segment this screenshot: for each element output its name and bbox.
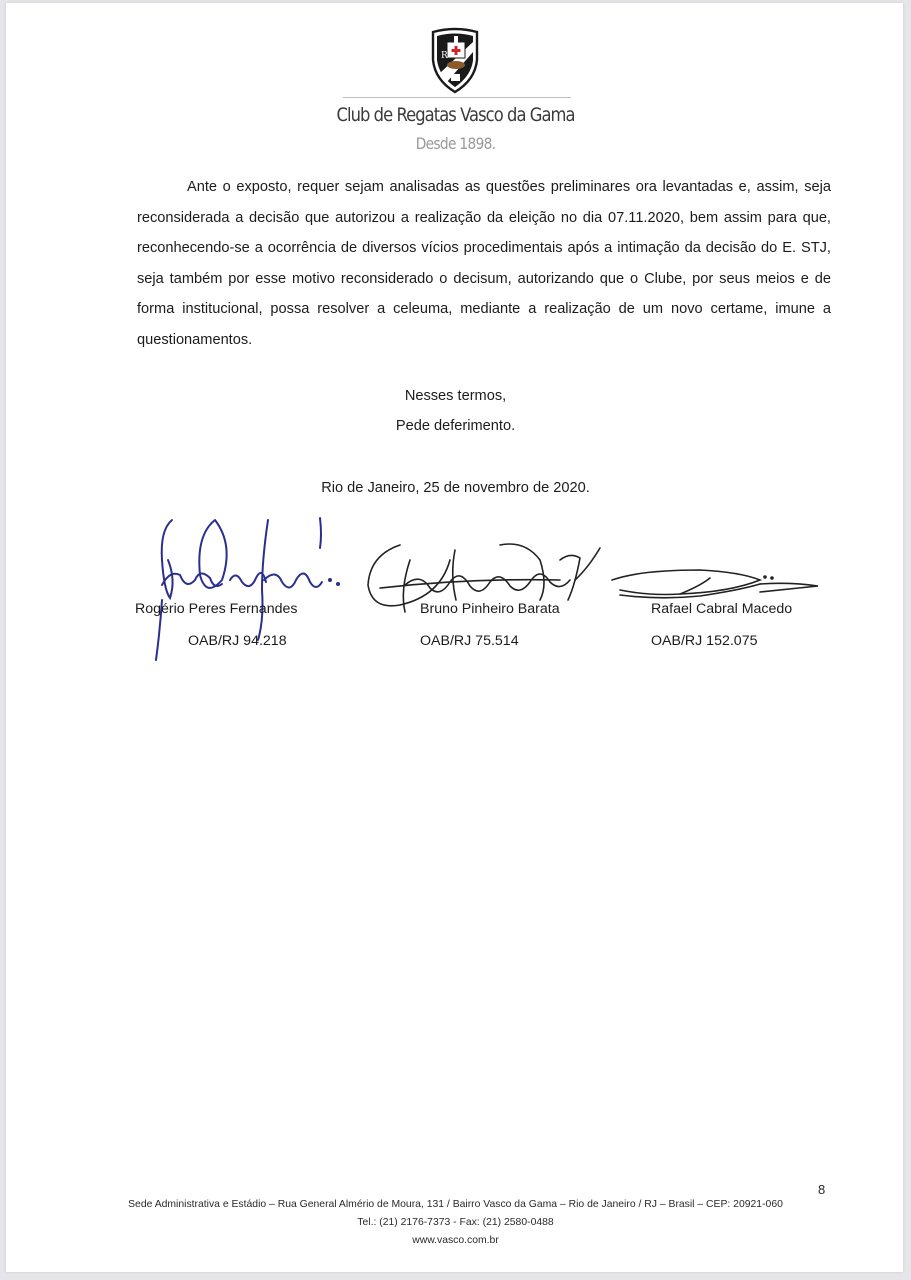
signatory-oab: OAB/RJ 75.514 — [420, 633, 519, 649]
svg-text:R: R — [441, 51, 448, 61]
club-founding-year: Desde 1898. — [64, 134, 847, 153]
header-divider — [343, 97, 571, 98]
page-number: 8 — [818, 1182, 825, 1197]
signatory-oab: OAB/RJ 94.218 — [188, 633, 287, 649]
club-crest-icon: R — [425, 24, 485, 94]
footer-address: Sede Administrativa e Estádio – Rua Gene… — [0, 1199, 911, 1210]
signatory-name: Bruno Pinheiro Barata — [420, 601, 560, 617]
body-paragraph-text: Ante o exposto, requer sejam analisadas … — [137, 179, 831, 348]
body-paragraph: Ante o exposto, requer sejam analisadas … — [137, 172, 831, 355]
signatory-name: Rafael Cabral Macedo — [651, 601, 792, 617]
place-and-date: Rio de Janeiro, 25 de novembro de 2020. — [0, 480, 911, 496]
footer-phones: Tel.: (21) 2176-7373 - Fax: (21) 2580-04… — [0, 1217, 911, 1228]
footer-website: www.vasco.com.br — [0, 1235, 911, 1246]
closing-line-2: Pede deferimento. — [0, 418, 911, 434]
signatory-name: Rogério Peres Fernandes — [135, 601, 297, 617]
club-name: Club de Regatas Vasco da Gama — [64, 104, 847, 126]
signatory-oab: OAB/RJ 152.075 — [651, 633, 757, 649]
closing-line-1: Nesses termos, — [0, 388, 911, 404]
